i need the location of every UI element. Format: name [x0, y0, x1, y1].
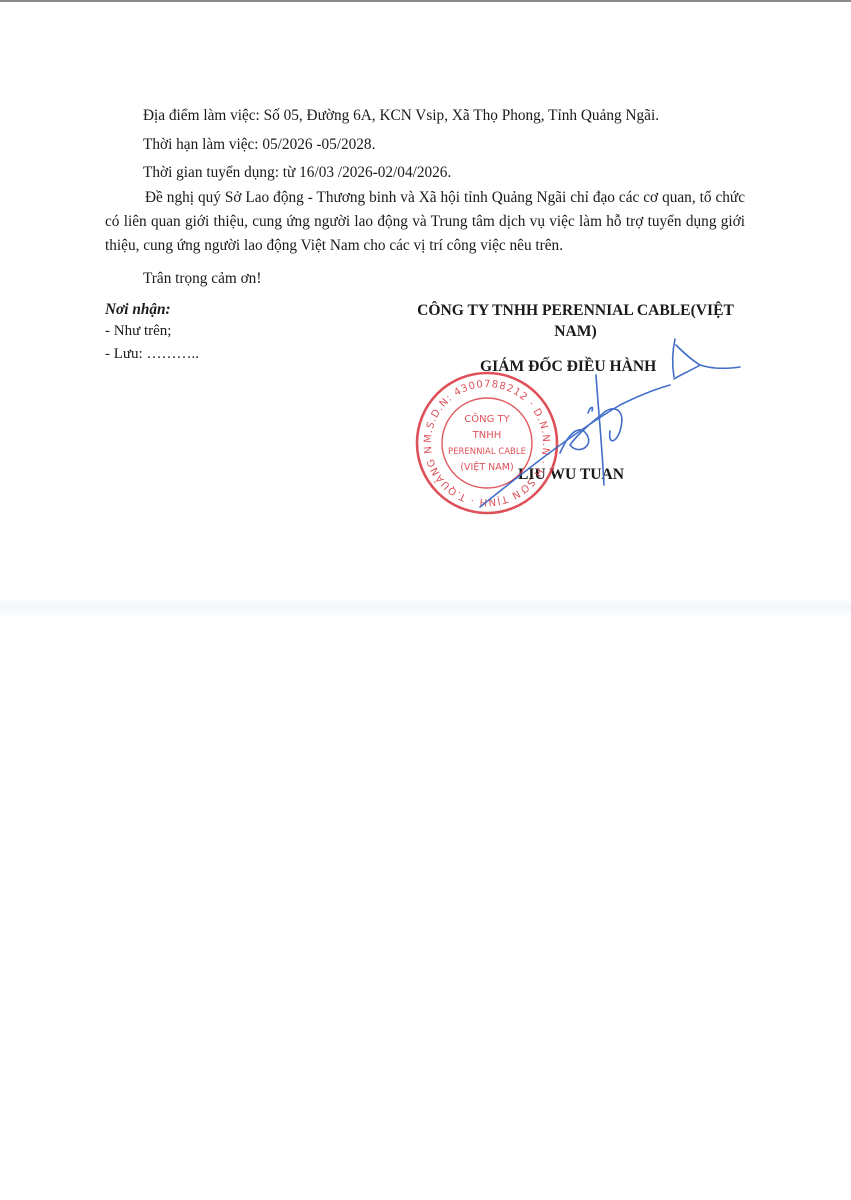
- scan-fold-band: [0, 598, 851, 618]
- closing-line: Trân trọng cảm ơn!: [143, 270, 261, 288]
- signature-icon: [420, 335, 750, 515]
- request-paragraph: Đề nghị quý Sở Lao động - Thương binh và…: [105, 186, 745, 258]
- request-paragraph-text: Đề nghị quý Sở Lao động - Thương binh và…: [105, 189, 745, 254]
- work-term-line: Thời hạn làm việc: 05/2026 -05/2028.: [143, 136, 375, 154]
- work-location-line: Địa điểm làm việc: Số 05, Đường 6A, KCN …: [143, 107, 659, 125]
- recipient-item: - Như trên;: [105, 323, 171, 340]
- recipients-title: Nơi nhận:: [105, 301, 171, 319]
- scan-top-edge: [0, 0, 851, 2]
- recipient-item: - Lưu: ………..: [105, 346, 199, 363]
- recruitment-period-line: Thời gian tuyển dụng: từ 16/03 /2026-02/…: [143, 164, 451, 182]
